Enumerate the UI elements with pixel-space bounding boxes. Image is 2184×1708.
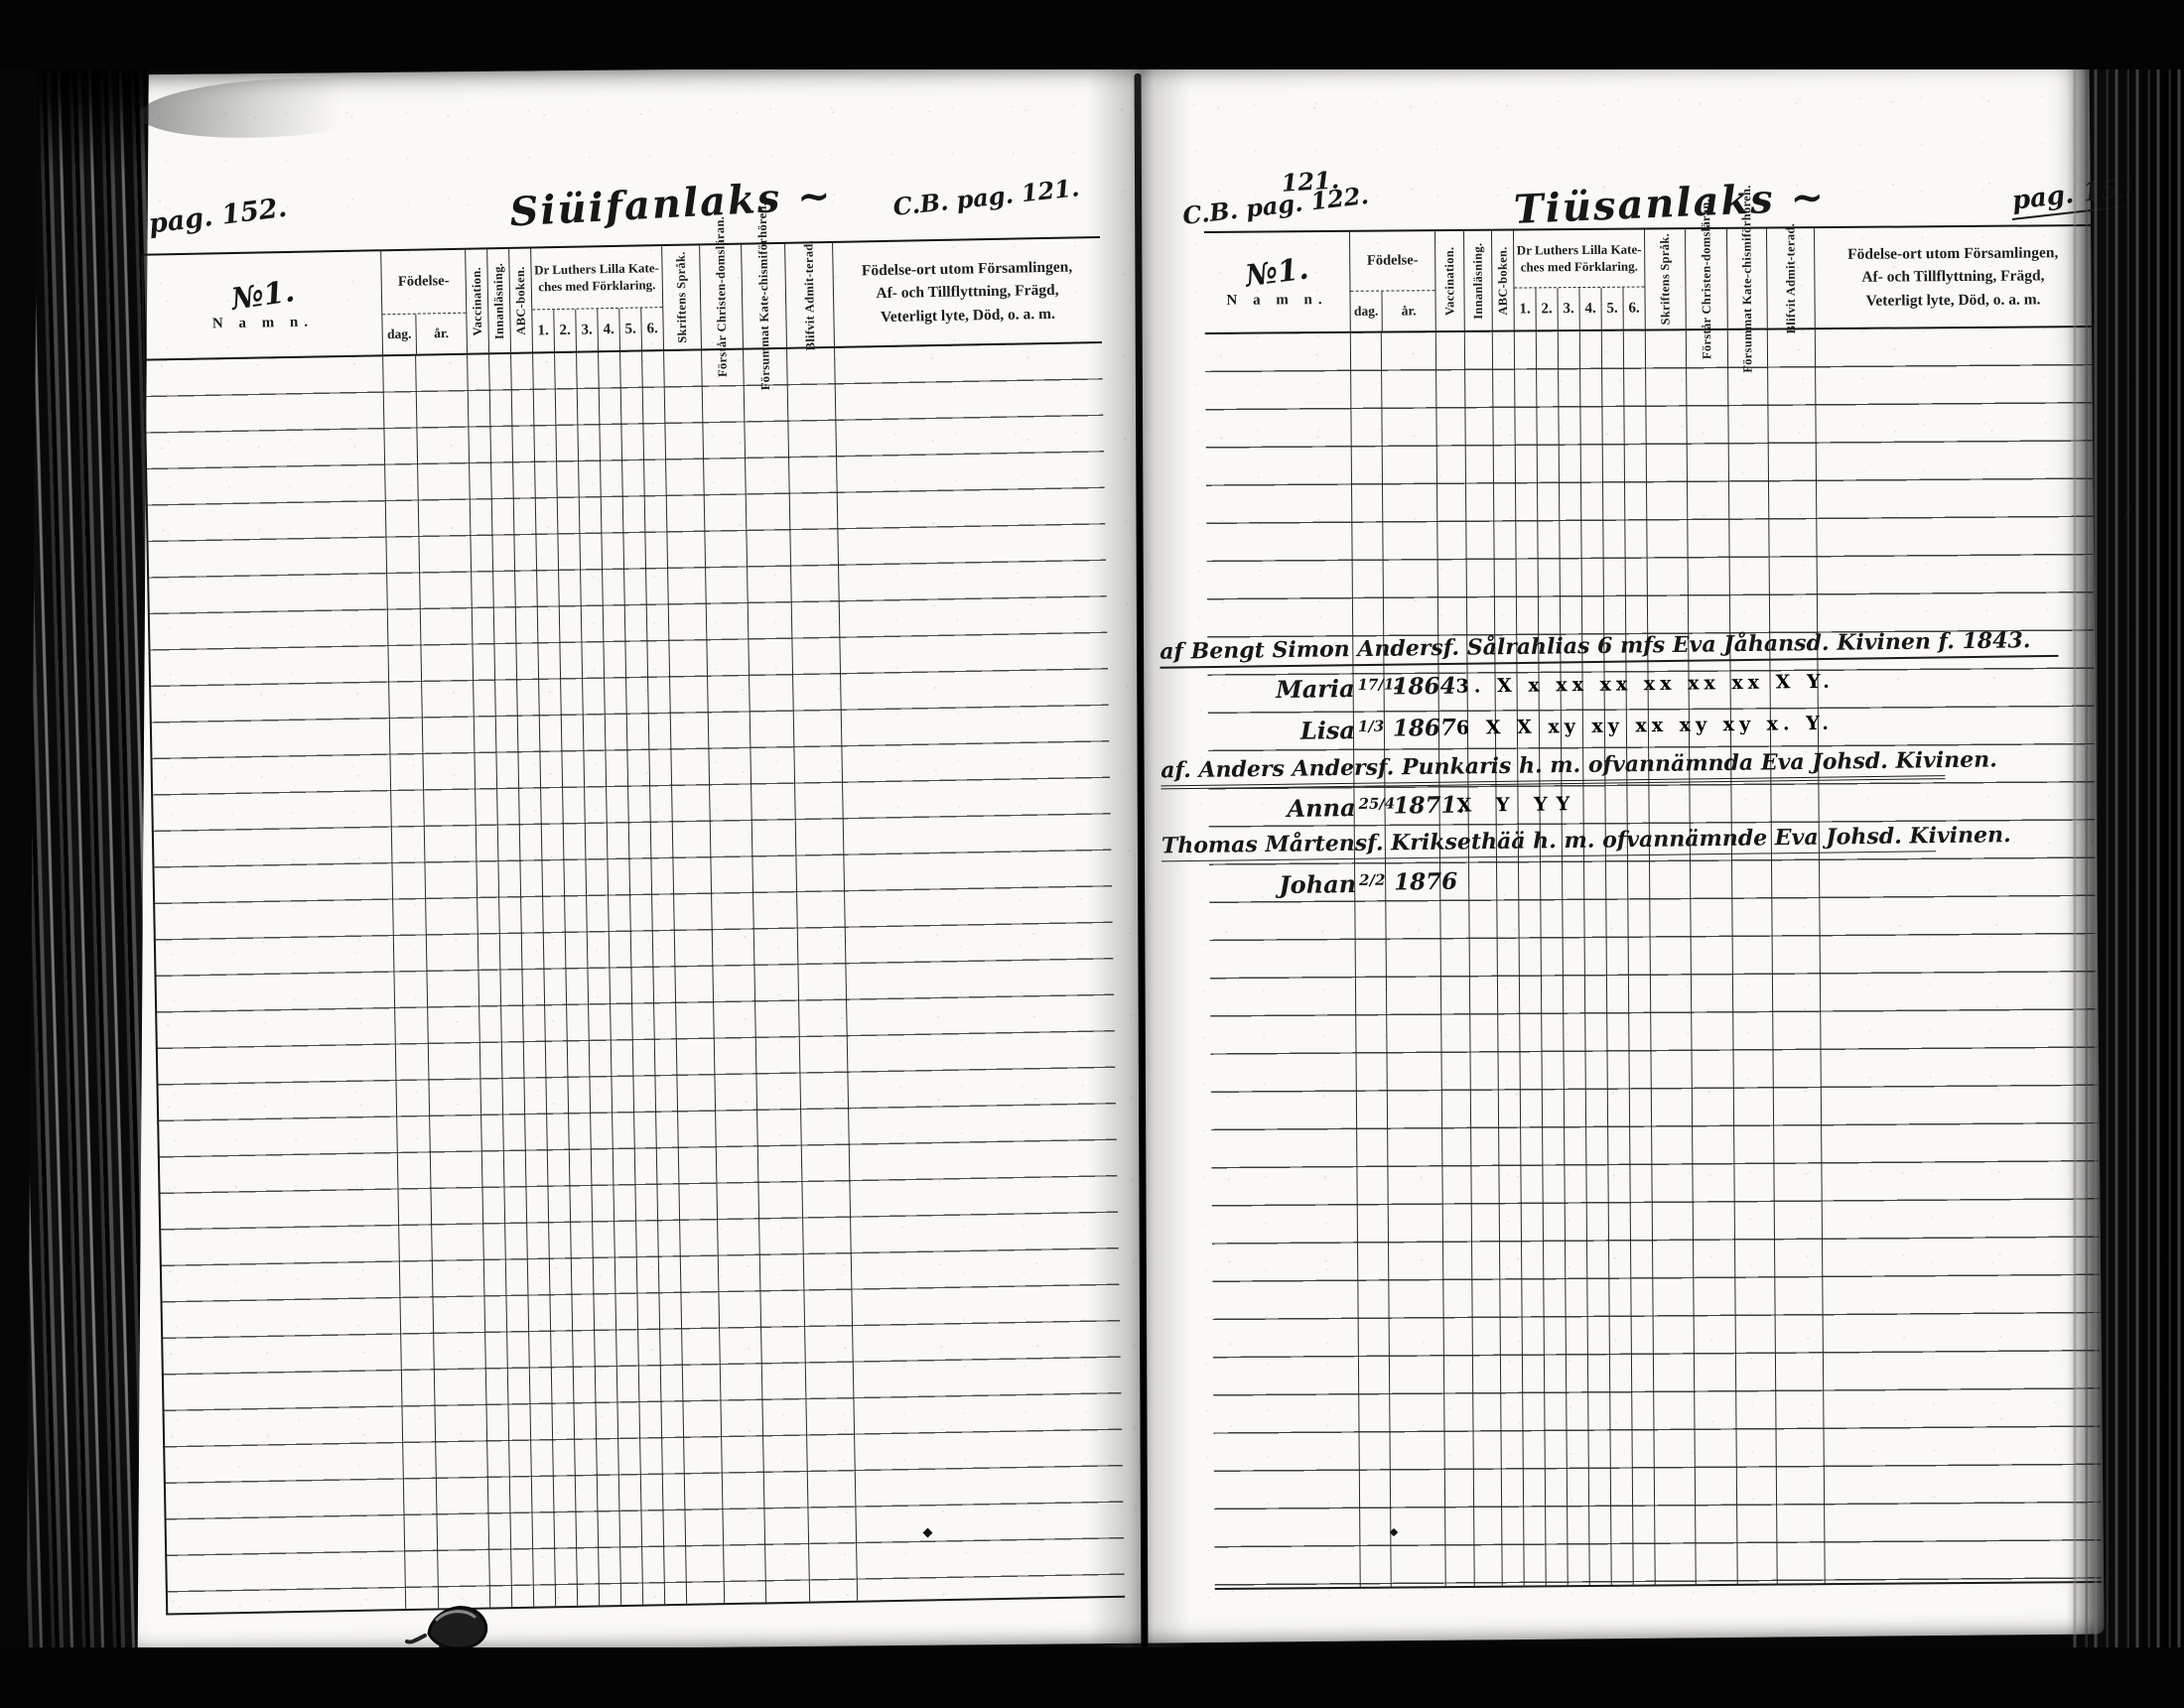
column-header-innanlasning: Innanläsning. xyxy=(1464,231,1493,330)
photo-border-top xyxy=(0,0,2184,69)
entry-birth-day: 25/4 xyxy=(1358,795,1390,813)
admitterad-label: Blifvit Admit-terad. xyxy=(1767,228,1815,328)
column-header-abc-boken: ABC-boken. xyxy=(509,248,533,351)
left-page-table: №1. N a m n. Födelse- dag. år. Vaccinati… xyxy=(141,236,1125,1615)
skriftens-sprak-label: Skriftens Språk. xyxy=(662,245,701,349)
fodelseort-line2: Af- och Tillflyttning, Frägd, xyxy=(1861,265,2044,290)
katekes-subcolumns: 1. 2. 3. 4. 5. 6. xyxy=(532,307,663,351)
katekes-label-line2: ches med Förklaring. xyxy=(1521,258,1638,275)
katekes-col-1: 1. xyxy=(532,310,555,351)
forstar-label: Förstår Christen-domsläran. xyxy=(1686,229,1727,328)
fodelseort-line2: Af- och Tillflyttning, Frägd, xyxy=(876,279,1059,306)
left-page: pag. 152. Siüifanlaks ~ C.B. pag. 121. №… xyxy=(141,236,1125,1611)
fodelseort-line3: Veterligt lyte, Död, o. a. m. xyxy=(881,302,1055,328)
katekes-col-4: 4. xyxy=(598,309,620,350)
katekes-label-line1: Dr Luthers Lilla Kate- xyxy=(1517,242,1642,259)
abc-boken-label: ABC-boken. xyxy=(509,249,532,352)
forstar-label: Förstår Christen-domsläran. xyxy=(700,245,743,349)
column-header-namn: №1. N a m n. xyxy=(141,251,383,358)
column-header-fodelse: Födelse- dag. år. xyxy=(381,250,468,355)
innanlasning-label: Innanläsning. xyxy=(1464,231,1492,330)
entry-name: Anna xyxy=(1238,793,1355,824)
column-header-abc-boken: ABC-boken. xyxy=(1492,231,1515,330)
vaccination-label: Vaccination. xyxy=(466,249,488,352)
left-table-ruled-rows xyxy=(143,343,1125,1615)
katekes-col-1: 1. xyxy=(1514,288,1536,329)
column-header-fodelseort: Födelse-ort utom Församlingen, Af- och T… xyxy=(833,238,1102,346)
fodelse-label: Födelse- xyxy=(1350,231,1434,291)
column-header-vaccination: Vaccination. xyxy=(1435,231,1465,330)
column-header-blifvit-admitterad: Blifvit Admit-terad. xyxy=(1767,228,1816,328)
katekes-col-6: 6. xyxy=(641,308,663,349)
column-header-forsummat-katechismiforhoren: Försummat Kate-chismiförhören. xyxy=(1727,229,1768,328)
skriftens-sprak-label: Skriftens Språk. xyxy=(1645,229,1686,328)
right-table-ruled-rows xyxy=(1205,328,2102,1590)
katekes-subcolumns: 1. 2. 3. 4. 5. 6. xyxy=(1514,287,1644,330)
vaccination-label: Vaccination. xyxy=(1435,231,1464,330)
entry-name: Maria xyxy=(1237,674,1354,705)
column-header-namn: №1. N a m n. xyxy=(1204,232,1351,332)
column-header-forstar-christendomslaran: Förstår Christen-domsläran. xyxy=(700,245,744,349)
katekes-col-5: 5. xyxy=(1601,288,1623,329)
column-header-fodelse: Födelse- dag. år. xyxy=(1350,231,1436,331)
forsummat-label: Försummat Kate-chismiförhören. xyxy=(742,244,786,348)
entry-birth-year: 1876 xyxy=(1394,868,1457,896)
namn-label: N a m n. xyxy=(212,315,314,333)
number-one-annotation: №1. xyxy=(1243,251,1310,294)
photo-border-bottom xyxy=(0,1647,2184,1708)
book-fore-edge-left xyxy=(26,58,149,1708)
column-header-blifvit-admitterad: Blifvit Admit-terad. xyxy=(785,243,835,347)
right-page-table: №1. N a m n. Födelse- dag. år. Vaccinati… xyxy=(1204,224,2102,1590)
page-edge-shadow-right xyxy=(2067,0,2184,1708)
fodelse-ar-label: år. xyxy=(1382,291,1434,330)
fodelse-label: Födelse- xyxy=(381,250,466,315)
katekes-col-4: 4. xyxy=(1579,288,1601,329)
column-header-skriftens-sprak: Skriftens Språk. xyxy=(1645,229,1687,328)
forsummat-label: Försummat Kate-chismiförhören. xyxy=(1727,229,1767,328)
column-header-skriftens-sprak: Skriftens Språk. xyxy=(662,245,702,349)
fodelse-dag-label: dag. xyxy=(382,315,417,355)
fodelse-dag-label: dag. xyxy=(1350,292,1382,331)
column-header-katekes: Dr Luthers Lilla Kate- ches med Förklari… xyxy=(1514,230,1646,330)
left-table-header: №1. N a m n. Födelse- dag. år. Vaccinati… xyxy=(141,238,1102,361)
katekes-col-6: 6. xyxy=(1623,288,1644,329)
katekes-col-3: 3. xyxy=(576,309,599,350)
katekes-col-3: 3. xyxy=(1558,288,1579,329)
entry-birth-year: 1864 xyxy=(1392,673,1455,701)
entry-birth-day: 17/12 xyxy=(1357,676,1389,694)
column-header-forstar-christendomslaran: Förstår Christen-domsläran. xyxy=(1686,229,1728,328)
entry-birth-day: 2/2 xyxy=(1359,871,1391,889)
column-header-innanlasning: Innanläsning. xyxy=(487,249,511,352)
katekes-col-5: 5. xyxy=(619,308,642,349)
entry-birth-year: 1871. xyxy=(1393,792,1456,820)
scanned-parish-register-photo: pag. 152. Siüifanlaks ~ C.B. pag. 121. №… xyxy=(0,0,2184,1708)
column-header-fodelseort: Födelse-ort utom Församlingen, Af- och T… xyxy=(1815,226,2092,328)
fodelse-ar-label: år. xyxy=(416,314,467,354)
entry-name: Lisa xyxy=(1238,716,1355,746)
fodelseort-line1: Födelse-ort utom Församlingen, xyxy=(1847,241,2058,266)
innanlasning-label: Innanläsning. xyxy=(487,249,510,352)
entry-birth-day: 1/3 xyxy=(1358,718,1390,735)
number-one-annotation: №1. xyxy=(228,274,296,318)
admitterad-label: Blifvit Admit-terad. xyxy=(785,243,834,347)
column-header-forsummat-katechismiforhoren: Försummat Kate-chismiförhören. xyxy=(742,244,787,348)
fodelseort-line3: Veterligt lyte, Död, o. a. m. xyxy=(1866,288,2041,313)
abc-boken-label: ABC-boken. xyxy=(1492,231,1514,330)
entry-name: Johan xyxy=(1239,869,1356,900)
katekes-col-2: 2. xyxy=(554,310,577,351)
column-header-vaccination: Vaccination. xyxy=(466,249,489,352)
column-header-katekes: Dr Luthers Lilla Kate- ches med Förklari… xyxy=(531,246,664,351)
entry-birth-year: 1867 xyxy=(1393,715,1456,742)
katekes-label-line2: ches med Förklaring. xyxy=(538,277,655,295)
namn-label: N a m n. xyxy=(1226,292,1327,310)
katekes-col-2: 2. xyxy=(1536,288,1558,329)
right-page: 121. C.B. pag. 122. Tiüsanlaks ~ pag. 15… xyxy=(1204,224,2102,1586)
right-table-header: №1. N a m n. Födelse- dag. år. Vaccinati… xyxy=(1204,226,2092,334)
